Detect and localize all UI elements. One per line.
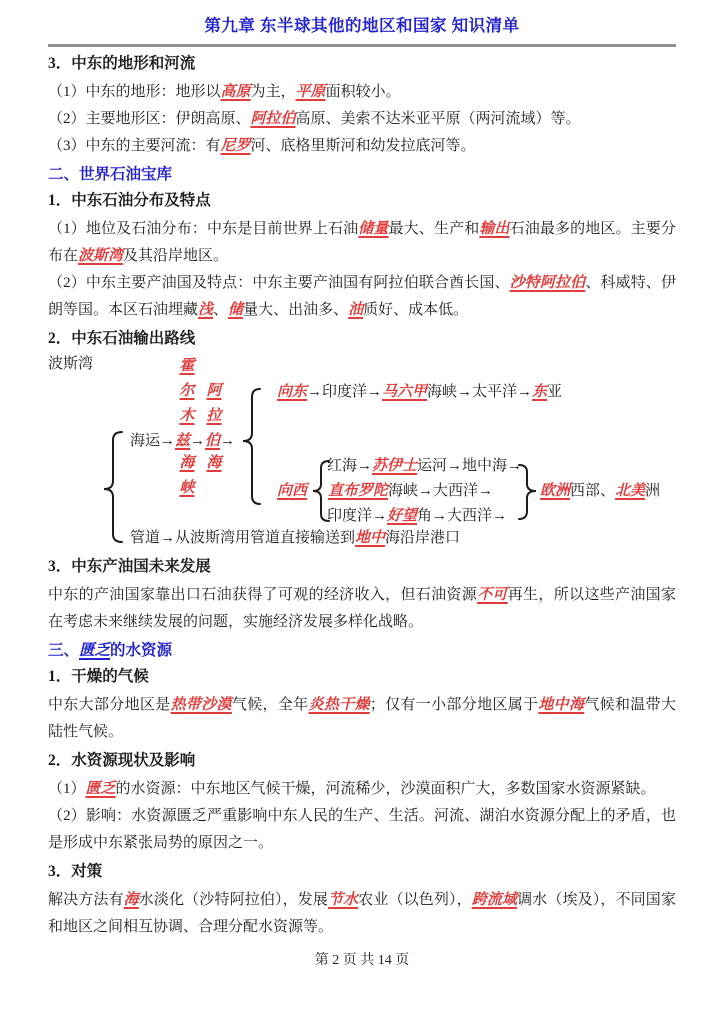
keyword-red-vertical-char: 霍 <box>178 356 196 381</box>
node-hormuz-strait-top: 霍尔木 <box>178 356 196 431</box>
node-destination-europe-namerica: 欧洲西部、北美洲 <box>540 481 660 501</box>
keyword-red: 马六甲 <box>382 384 427 400</box>
keyword-red: 沙特阿拉伯 <box>510 275 586 291</box>
keyword-red-vertical-char: 尔 <box>178 381 196 406</box>
keyword-red: 地中 <box>355 530 385 546</box>
node-arabian-sea-bottom: 海 <box>205 453 223 478</box>
node-route-red-sea: 红海→苏伊士运河→地中海→ <box>327 456 522 476</box>
keyword-red: 跨流域 <box>472 892 517 908</box>
keyword-red-vertical-char: 阿 <box>205 381 223 406</box>
keyword-red: 海 <box>124 892 139 908</box>
keyword-red-vertical-char: 海 <box>205 453 223 478</box>
oil-export-routes-diagram: 波斯湾 霍尔木 阿拉 海运→兹→伯→ 海峡 海 向东→印度洋→马六甲海峡→太平洋… <box>48 354 676 552</box>
keyword-red: 平原 <box>296 84 326 100</box>
document-page: 第九章 东半球其他的地区和国家 知识清单 3．中东的地形和河流 （1）中东的地形… <box>0 0 724 1024</box>
keyword-red: 波斯湾 <box>78 248 123 264</box>
section-scarce-water: 三、匮乏的水资源 1．干燥的气候 中东大部分地区是热带沙漠气候，全年炎热干燥；仅… <box>48 640 676 941</box>
heading-countermeasures: 3．对策 <box>48 861 676 883</box>
node-route-cape-of-good-hope: 印度洋→好望角→大西洋→ <box>327 506 507 526</box>
node-route-west-label: 向西 <box>277 481 307 501</box>
keyword-red: 储量 <box>358 221 388 237</box>
keyword-red: 向东 <box>277 384 307 400</box>
keyword-red: 阿拉伯 <box>251 111 296 127</box>
keyword-red: 浅 <box>198 302 213 318</box>
keyword-red: 高原 <box>221 84 251 100</box>
para-oil-status: （1）地位及石油分布：中东是目前世界上石油储量最大、生产和输出石油最多的地区。主… <box>48 216 676 270</box>
para-dry-climate: 中东大部分地区是热带沙漠气候，全年炎热干燥；仅有一小部分地区属于地中海气候和温带… <box>48 692 676 746</box>
keyword-red-vertical-char: 海 <box>178 453 196 478</box>
keyword-red: 尼罗 <box>221 138 251 154</box>
node-pipeline-route: 管道→从波斯湾用管道直接输送到地中海沿岸港口 <box>130 528 460 548</box>
node-hormuz-strait-bottom: 海峡 <box>178 453 196 503</box>
keyword-red: 地中海 <box>538 697 584 713</box>
keyword-red: 向西 <box>277 483 307 499</box>
node-sea-transport-row: 海运→兹→伯→ <box>130 431 235 451</box>
keyword-red: 炎热干燥 <box>309 697 370 713</box>
keyword-red: 兹 <box>175 433 190 449</box>
keyword-red: 伯 <box>205 433 220 449</box>
keyword-red: 输出 <box>479 221 509 237</box>
node-persian-gulf: 波斯湾 <box>48 354 93 374</box>
para-terrain: （1）中东的地形：地形以高原为主，平原面积较小。 <box>48 79 676 106</box>
title-divider <box>48 44 676 47</box>
para-water-impact: （2）影响：水资源匮乏严重影响中东人民的生产、生活。河流、湖泊水资源分配上的矛盾… <box>48 803 676 857</box>
node-route-east: 向东→印度洋→马六甲海峡→太平洋→东亚 <box>277 382 562 402</box>
section-oil-treasury: 二、世界石油宝库 1．中东石油分布及特点 （1）地位及石油分布：中东是目前世界上… <box>48 164 676 636</box>
keyword-blue: 匮乏 <box>79 642 110 659</box>
keyword-red-vertical-char: 木 <box>178 406 196 431</box>
keyword-red: 直布罗陀 <box>328 483 388 499</box>
page-title: 第九章 东半球其他的地区和国家 知识清单 <box>48 14 676 38</box>
keyword-red: 好望 <box>387 508 417 524</box>
heading-water-status: 2．水资源现状及影响 <box>48 750 676 772</box>
keyword-red: 东 <box>532 384 547 400</box>
keyword-red-vertical-char: 峡 <box>178 478 196 503</box>
para-main-rivers: （3）中东的主要河流：有尼罗河、底格里斯河和幼发拉底河等。 <box>48 133 676 160</box>
keyword-red: 油 <box>348 302 363 318</box>
keyword-red: 节水 <box>328 892 358 908</box>
para-landform-regions: （2）主要地形区：伊朗高原、阿拉伯高原、美索不达米亚平原（两河流域）等。 <box>48 106 676 133</box>
para-countermeasures: 解决方法有海水淡化（沙特阿拉伯），发展节水农业（以色列），跨流域调水（埃及），不… <box>48 887 676 941</box>
heading-oil-distribution: 1．中东石油分布及特点 <box>48 190 676 212</box>
keyword-red: 匮乏 <box>86 781 116 797</box>
node-route-gibraltar: 直布罗陀海峡→大西洋→ <box>328 481 493 501</box>
para-oil-countries: （2）中东主要产油国及特点：中东主要产油国有阿拉伯联合酋长国、沙特阿拉伯、科威特… <box>48 270 676 324</box>
para-water-scarcity: （1）匮乏的水资源：中东地区气候干燥，河流稀少，沙漠面积广大，多数国家水资源紧缺… <box>48 776 676 803</box>
heading-oil-treasury: 二、世界石油宝库 <box>48 164 676 186</box>
heading-dry-climate: 1．干燥的气候 <box>48 666 676 688</box>
keyword-red: 北美 <box>615 483 645 499</box>
heading-terrain-rivers: 3．中东的地形和河流 <box>48 53 676 75</box>
page-number: 第 2 页 共 14 页 <box>48 951 676 971</box>
brace-persian-gulf <box>104 432 122 542</box>
keyword-red: 热带沙漠 <box>171 697 232 713</box>
keyword-red: 欧洲 <box>540 483 570 499</box>
heading-oil-export-routes: 2．中东石油输出路线 <box>48 328 676 350</box>
keyword-red-vertical-char: 拉 <box>205 406 223 431</box>
keyword-red: 储 <box>228 302 243 318</box>
brace-east-west-split <box>243 389 260 504</box>
section-terrain-rivers: 3．中东的地形和河流 （1）中东的地形：地形以高原为主，平原面积较小。 （2）主… <box>48 53 676 160</box>
keyword-red: 不可 <box>477 587 508 603</box>
para-oil-future: 中东的产油国家靠出口石油获得了可观的经济收入，但石油资源不可再生，所以这些产油国… <box>48 582 676 636</box>
heading-oil-future: 3．中东产油国未来发展 <box>48 556 676 578</box>
keyword-red: 苏伊士 <box>372 458 417 474</box>
heading-scarce-water: 三、匮乏的水资源 <box>48 640 676 662</box>
node-arabian-sea-top: 阿拉 <box>205 381 223 431</box>
